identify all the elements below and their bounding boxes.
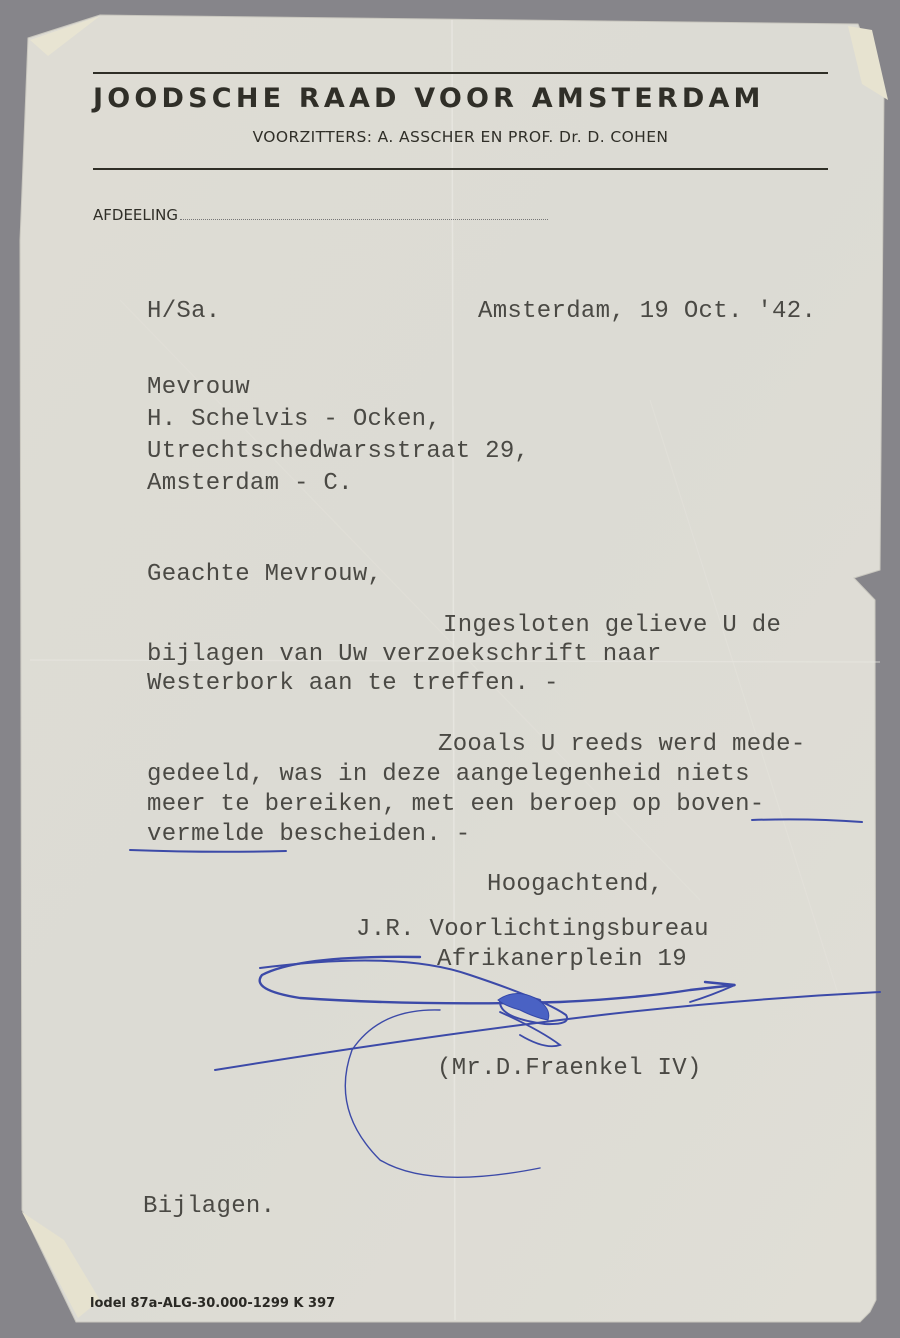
underline-boven [752, 819, 862, 822]
underline-vermelde [130, 850, 286, 852]
ink-blot [498, 993, 549, 1020]
handwritten-signature [0, 0, 900, 1338]
letter-document: JOODSCHE RAAD VOOR AMSTERDAM VOORZITTERS… [0, 0, 900, 1338]
